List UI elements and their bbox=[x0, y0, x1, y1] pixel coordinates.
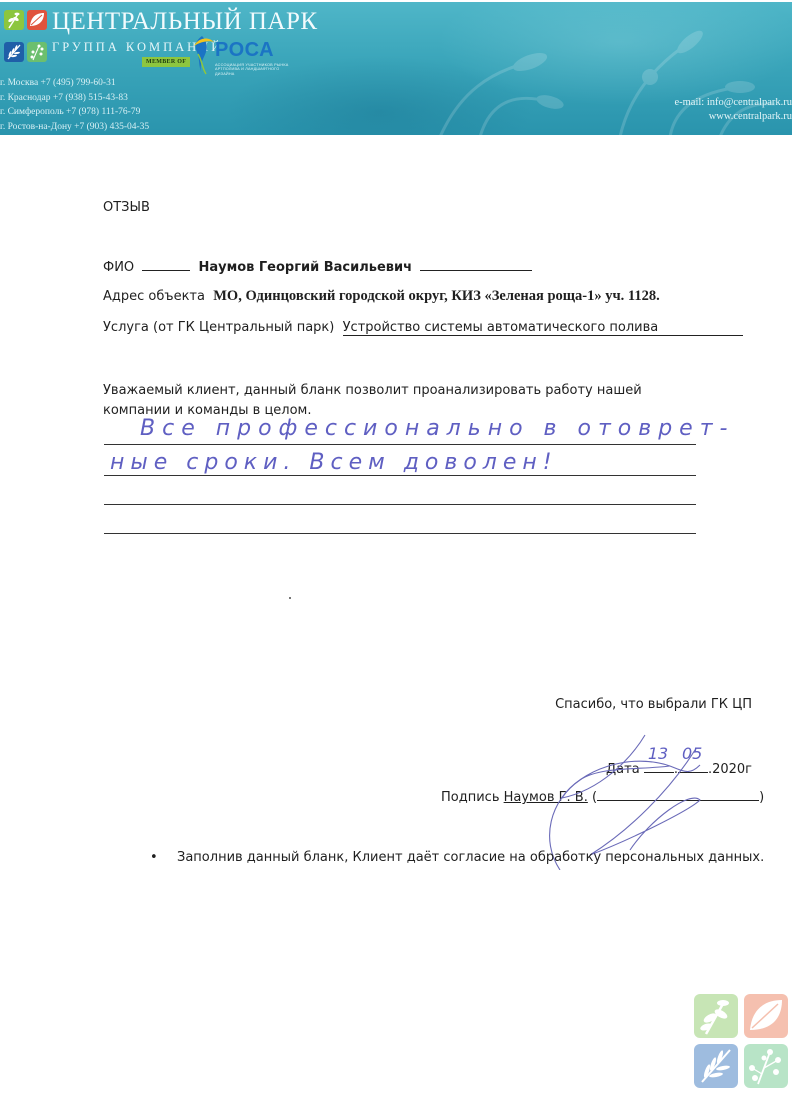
signature-blank bbox=[597, 788, 759, 801]
fern-icon bbox=[694, 1044, 738, 1088]
date-month: 05 bbox=[682, 744, 702, 763]
leaf-sprig-icon bbox=[4, 10, 24, 30]
fio-value: Наумов Георгий Васильевич bbox=[198, 260, 412, 275]
fio-label: ФИО bbox=[103, 260, 134, 275]
feedback-line-4 bbox=[104, 533, 696, 534]
form-heading: ОТЗЫВ bbox=[103, 200, 150, 215]
handwritten-feedback-line-2: ные сроки. Всем доволен! bbox=[110, 450, 558, 475]
date-month-blank: 05 bbox=[678, 760, 708, 773]
thanks-text: Спасибо, что выбрали ГК ЦП bbox=[555, 697, 752, 712]
signer-name: Наумов Г. В. bbox=[504, 790, 588, 805]
date-field: Дата 13.05.2020г bbox=[606, 760, 752, 777]
association-name: РОСА bbox=[215, 39, 274, 62]
leaf-icon bbox=[744, 994, 788, 1038]
company-logo bbox=[2, 8, 46, 64]
feedback-line-1 bbox=[104, 444, 696, 445]
brand-title: ЦЕНТРАЛЬНЫЙ ПАРК bbox=[52, 8, 318, 36]
fio-field: ФИО Наумов Георгий Васильевич bbox=[103, 259, 532, 275]
fern-icon bbox=[4, 42, 24, 62]
contact-moscow: г. Москва +7 (495) 799-60-31 bbox=[0, 76, 149, 91]
handwritten-feedback-line-1: Все профессионально в отоврет- bbox=[140, 416, 734, 441]
signature-label: Подпись bbox=[441, 790, 499, 805]
consent-text: Заполнив данный бланк, Клиент даёт согла… bbox=[177, 850, 764, 865]
address-value: МО, Одинцовский городской округ, КИЗ «Зе… bbox=[213, 288, 660, 304]
bullet-icon: • bbox=[150, 850, 177, 865]
web-contacts: e-mail: info@centralpark.ru www.centralp… bbox=[674, 96, 792, 124]
consent-note: •Заполнив данный бланк, Клиент даёт согл… bbox=[150, 850, 764, 865]
berry-branch-icon bbox=[27, 42, 47, 62]
fio-blank-left bbox=[142, 259, 190, 271]
scan-speck bbox=[289, 597, 291, 599]
letterhead-banner: ЦЕНТРАЛЬНЫЙ ПАРК ГРУППА КОМПАНИЙ MEMBER … bbox=[0, 2, 792, 135]
date-label: Дата bbox=[606, 762, 640, 777]
email-text: e-mail: info@centralpark.ru bbox=[674, 96, 792, 110]
service-label: Услуга (от ГК Центральный парк) bbox=[103, 320, 334, 335]
berry-branch-icon bbox=[744, 1044, 788, 1088]
signature-close-paren: ) bbox=[759, 790, 764, 805]
intro-text: Уважаемый клиент, данный бланк позволит … bbox=[103, 381, 713, 421]
leaf-sprig-icon bbox=[694, 994, 738, 1038]
leaf-icon bbox=[27, 10, 47, 30]
feedback-line-2 bbox=[104, 475, 696, 476]
service-value: Устройство системы автоматического полив… bbox=[343, 320, 743, 336]
address-field: Адрес объекта МО, Одинцовский городской … bbox=[103, 288, 660, 305]
member-badge: MEMBER OF bbox=[142, 57, 190, 67]
website-text: www.centralpark.ru bbox=[674, 110, 792, 124]
phone-contacts: г. Москва +7 (495) 799-60-31 г. Краснода… bbox=[0, 76, 149, 134]
date-day: 13 bbox=[648, 744, 668, 763]
date-day-blank: 13 bbox=[644, 760, 674, 773]
fio-blank-right bbox=[420, 259, 532, 271]
contact-simferopol: г. Симферополь +7 (978) 111-76-79 bbox=[0, 105, 149, 120]
association-description: АССОЦИАЦИЯ УЧАСТНИКОВ РЫНКА АРТПОЛИВА И … bbox=[215, 63, 295, 76]
service-field: Услуга (от ГК Центральный парк) Устройст… bbox=[103, 320, 743, 336]
contact-krasnodar: г. Краснодар +7 (938) 515-43-83 bbox=[0, 91, 149, 106]
footer-logo-watermark bbox=[694, 994, 794, 1094]
date-year: .2020г bbox=[708, 762, 752, 777]
feedback-line-3 bbox=[104, 504, 696, 505]
contact-rostov: г. Ростов-на-Дону +7 (903) 435-04-35 bbox=[0, 120, 149, 135]
signature-field: Подпись Наумов Г. В. () bbox=[441, 788, 764, 805]
address-label: Адрес объекта bbox=[103, 289, 205, 304]
